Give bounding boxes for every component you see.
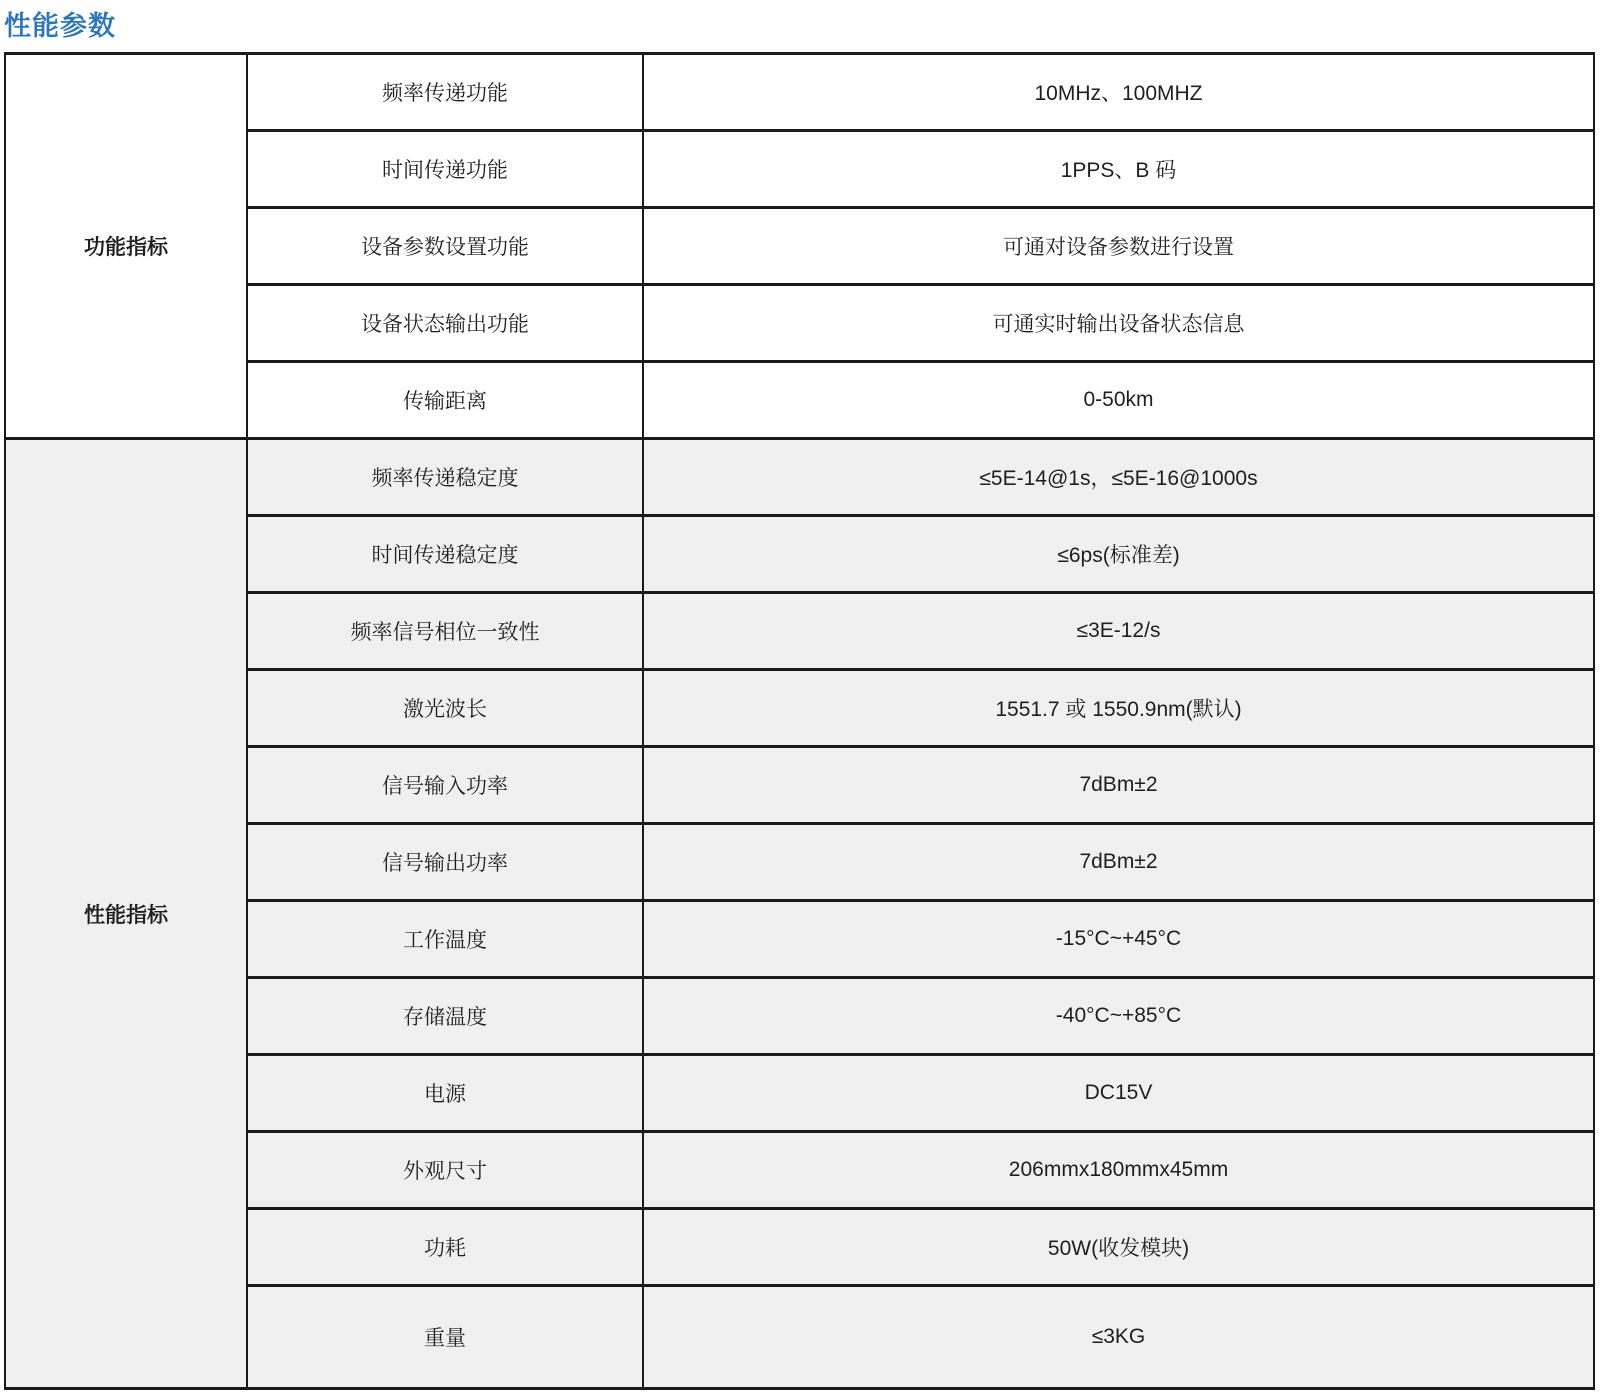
param-cell: 重量	[247, 1286, 643, 1389]
group-label: 功能指标	[6, 208, 246, 285]
group-label-cell-performance: 性能指标	[5, 439, 247, 1389]
value-cell: 7dBm±2	[643, 747, 1594, 824]
value-cell: 1PPS、B 码	[643, 131, 1594, 208]
param-cell: 信号输出功率	[247, 824, 643, 901]
param-cell: 时间传递功能	[247, 131, 643, 208]
value-cell: 7dBm±2	[643, 824, 1594, 901]
param-cell: 信号输入功率	[247, 747, 643, 824]
param-cell: 传输距离	[247, 362, 643, 439]
value-cell: 0-50km	[643, 362, 1594, 439]
param-cell: 功耗	[247, 1209, 643, 1286]
value-cell: ≤5E-14@1s，≤5E-16@1000s	[643, 439, 1594, 516]
group-label: 性能指标	[6, 875, 246, 952]
param-cell: 频率信号相位一致性	[247, 593, 643, 670]
param-cell: 时间传递稳定度	[247, 516, 643, 593]
value-cell: ≤3KG	[643, 1286, 1594, 1389]
value-cell: 50W(收发模块)	[643, 1209, 1594, 1286]
value-cell: -15°C~+45°C	[643, 901, 1594, 978]
param-cell: 频率传递功能	[247, 54, 643, 131]
value-cell: 206mmx180mmx45mm	[643, 1132, 1594, 1209]
spec-table: 功能指标 频率传递功能 10MHz、100MHZ 时间传递功能 1PPS、B 码…	[4, 52, 1595, 1390]
value-cell: 10MHz、100MHZ	[643, 54, 1594, 131]
param-cell: 激光波长	[247, 670, 643, 747]
param-cell: 电源	[247, 1055, 643, 1132]
group-label-cell-function: 功能指标	[5, 54, 247, 439]
value-cell: -40°C~+85°C	[643, 978, 1594, 1055]
param-cell: 外观尺寸	[247, 1132, 643, 1209]
param-cell: 设备参数设置功能	[247, 208, 643, 285]
param-cell: 频率传递稳定度	[247, 439, 643, 516]
value-cell: ≤6ps(标准差)	[643, 516, 1594, 593]
table-row: 性能指标 频率传递稳定度 ≤5E-14@1s，≤5E-16@1000s	[5, 439, 1594, 516]
param-cell: 工作温度	[247, 901, 643, 978]
value-cell: 可通对设备参数进行设置	[643, 208, 1594, 285]
table-row: 功能指标 频率传递功能 10MHz、100MHZ	[5, 54, 1594, 131]
value-cell: 1551.7 或 1550.9nm(默认)	[643, 670, 1594, 747]
param-cell: 存储温度	[247, 978, 643, 1055]
value-cell: ≤3E-12/s	[643, 593, 1594, 670]
page-title: 性能参数	[4, 4, 116, 43]
value-cell: DC15V	[643, 1055, 1594, 1132]
value-cell: 可通实时输出设备状态信息	[643, 285, 1594, 362]
param-cell: 设备状态输出功能	[247, 285, 643, 362]
